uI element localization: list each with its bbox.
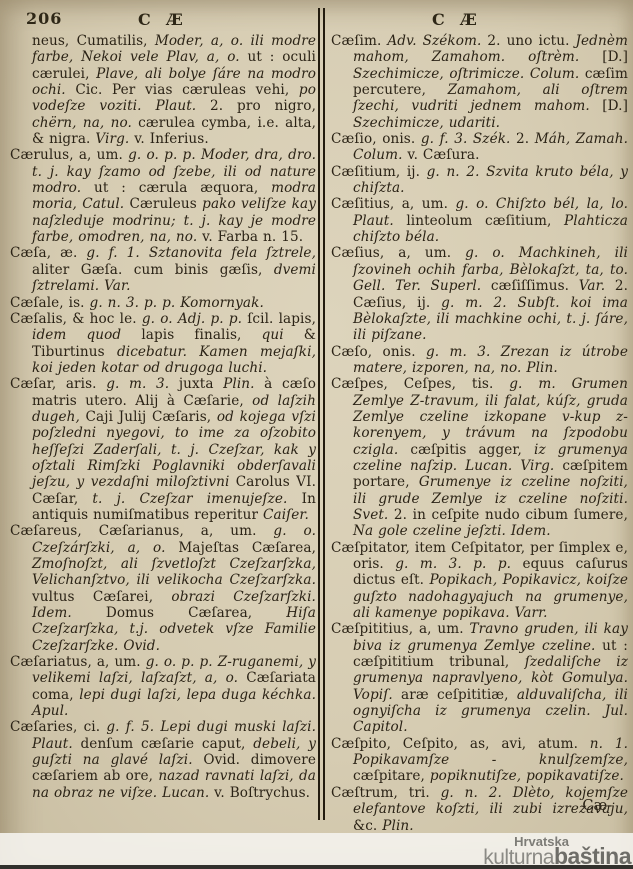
entry-text-roman: Cæſale, is.: [10, 295, 90, 311]
entry-text-roman: Majeſtas Cæſarea,: [166, 540, 316, 556]
text-column-left: neus, Cumatilis, Moder, a, o. ili modre …: [10, 33, 316, 801]
watermark-text-bastina: baština: [554, 843, 631, 866]
entry-text-roman: Caji Julij Cæſaris,: [80, 409, 217, 425]
entry-gloss-italic: popiknutiſze, popikavatiſze.: [430, 768, 624, 784]
entry-gloss-italic: Caiſer.: [263, 507, 309, 523]
dictionary-entry: Cæſariatus, a, um. g. o. p. p. Z-ruganem…: [10, 654, 316, 719]
entry-text-roman: Cæſio, onis.: [331, 131, 421, 147]
dictionary-entry: Cæſareus, Cæſarianus, a, um. g. o. Czeſz…: [10, 523, 316, 654]
entry-text-roman: 2. pro nigro,: [196, 98, 316, 114]
catchword: Cæ-: [582, 798, 612, 814]
entry-text-roman: cæſpitare,: [353, 768, 430, 784]
dictionary-entry: Cærulus, a, um. g. o. p. p. Moder, dra, …: [10, 147, 316, 245]
entry-gloss-italic: Plin.: [223, 376, 254, 392]
dictionary-entry: Cæſpititius, a, um. Travno gruden, ili k…: [331, 621, 628, 735]
entry-text-roman: denſum cæſarie caput,: [73, 736, 254, 752]
entry-gloss-italic: g. o. Adj. p. p.: [142, 311, 242, 327]
entry-text-roman: Cæſitius, a, um.: [331, 196, 455, 212]
entry-text-roman: aræ ceſpititiæ,: [393, 687, 517, 703]
entry-text-roman: 2. uno ictu.: [481, 33, 575, 49]
dictionary-entry: Cæſo, onis. g. m. 3. Zrezan iz útrobe ma…: [331, 344, 628, 377]
entry-gloss-italic: Var.: [579, 278, 605, 294]
entry-text-roman: Domus Cæſarea,: [72, 605, 286, 621]
entry-text-roman: Cæſpes, Ceſpes, tis.: [331, 376, 509, 392]
dictionary-entry: Cæſa, æ. g. f. 1. Sztanovita fela ſztrel…: [10, 245, 316, 294]
entry-gloss-italic: Zmoſnoſzt, ali ſzvetloſzt Czeſzarſzka, V…: [32, 556, 316, 588]
entry-gloss-italic: g. f. 1. Sztanovita fela ſztrele,: [86, 245, 316, 261]
entry-text-roman: Cæſim.: [331, 33, 387, 49]
entry-gloss-italic: Na gole czeline jeſzti. Idem.: [353, 523, 551, 539]
entry-gloss-italic: g. m. 3. p. p.: [395, 556, 511, 572]
entry-gloss-italic: qui: [262, 327, 284, 343]
entry-text-roman: 2. in ceſpite nudo cibum ſumere,: [388, 507, 628, 523]
entry-text-roman: ſcil. lapis,: [242, 311, 316, 327]
entry-gloss-italic: Plin.: [382, 818, 413, 834]
entry-text-roman: Cærulus, a, um.: [10, 147, 128, 163]
entry-gloss-italic: Virg.: [95, 131, 129, 147]
entry-text-roman: Cæſo, onis.: [331, 344, 426, 360]
entry-text-roman: &c.: [353, 818, 382, 834]
watermark-text-kulturnabastina: kulturnabaština: [0, 847, 631, 866]
entry-text-roman: Cæſitium, ij.: [331, 164, 427, 180]
entry-text-roman: v. Inferius.: [129, 131, 208, 147]
dictionary-entry: Cæſitius, a, um. g. o. Chiſzto bél, la, …: [331, 196, 628, 245]
dictionary-entry: Cæſar, aris. g. m. 3. juxta Plin. à cæſo…: [10, 376, 316, 523]
dictionary-entry: Cæſio, onis. g. f. 3. Szék. 2. Máh, Zama…: [331, 131, 628, 164]
entry-gloss-italic: Adv. Székom.: [387, 33, 481, 49]
dictionary-entry: Cæſaries, ci. g. f. 5. Lepi dugi muski l…: [10, 719, 316, 801]
entry-text-roman: v. Cæſura.: [403, 147, 480, 163]
entry-text-roman: juxta: [169, 376, 223, 392]
entry-text-roman: 2.: [510, 131, 534, 147]
entry-gloss-italic: t. j. Czeſzar imenujeſze.: [92, 491, 287, 507]
entry-text-roman: Cæſpititius, a, um.: [331, 621, 470, 637]
entry-text-roman: Cæſpito, Ceſpito, as, avi, atum.: [331, 736, 590, 752]
entry-text-roman: Cæſaries, ci.: [10, 719, 106, 735]
entry-text-roman: vultus Cæſarei,: [32, 589, 171, 605]
entry-text-roman: v. Boſtrychus.: [209, 785, 310, 801]
entry-text-roman: Cæſtrum, tri.: [331, 785, 441, 801]
dictionary-entry: Cæſalis, & hoc le. g. o. Adj. p. p. ſcil…: [10, 311, 316, 376]
entry-gloss-italic: Szechimicze, udariti.: [353, 115, 500, 131]
running-header-left: C Æ: [138, 10, 188, 29]
entry-text-roman: v. Farba n. 15.: [197, 229, 303, 245]
text-column-right: Cæſim. Adv. Székom. 2. uno ictu. Jednèm …: [331, 33, 628, 834]
watermark-text-kulturna: kulturna: [483, 846, 554, 866]
entry-text-roman: Cæruleus: [124, 196, 202, 212]
column-divider-rule: [318, 8, 325, 820]
entry-text-roman: Cæſalis, & hoc le.: [10, 311, 142, 327]
dictionary-entry: Cæſale, is. g. n. 3. p. p. Komornyak.: [10, 295, 316, 311]
entry-text-roman: linteolum cæſitium,: [394, 213, 564, 229]
dictionary-entry: Cæſim. Adv. Székom. 2. uno ictu. Jednèm …: [331, 33, 628, 131]
entry-text-roman: Cæſariatus, a, um.: [10, 654, 146, 670]
entry-text-roman: [D.]: [590, 98, 628, 114]
entry-gloss-italic: g. m. 3.: [106, 376, 169, 392]
dictionary-entry: Cæſpes, Ceſpes, tis. g. m. Grumen Zemlye…: [331, 376, 628, 539]
entry-gloss-italic: chërn, na, no.: [32, 115, 132, 131]
entry-text-roman: Cæſius, a, um.: [331, 245, 465, 261]
dictionary-entry: Cæſpitator, item Ceſpitator, per ſimplex…: [331, 540, 628, 622]
running-header-right: C Æ: [432, 10, 482, 29]
entry-gloss-italic: idem quod: [32, 327, 121, 343]
entry-text-roman: [D.]: [579, 49, 628, 65]
scanned-dictionary-page: 206 C Æ C Æ neus, Cumatilis, Moder, a, o…: [0, 0, 633, 869]
entry-gloss-italic: Szechimicze, oſtrimicze. Colum.: [353, 66, 579, 82]
entry-text-roman: Cic. Per vias cæruleas vehi,: [66, 82, 299, 98]
entry-text-roman: aliter Gæſa. cum binis gæſis,: [32, 262, 274, 278]
entry-text-roman: cæſpitis agger,: [398, 442, 534, 458]
watermark-band: Hrvatska kulturnabaština: [0, 833, 633, 866]
entry-text-roman: lapis finalis,: [121, 327, 261, 343]
scan-edge-strip: [0, 865, 633, 869]
entry-gloss-italic: g. n. 3. p. p. Komornyak.: [90, 295, 264, 311]
dictionary-entry: Cæſius, a, um. g. o. Machkineh, ili ſzov…: [331, 245, 628, 343]
dictionary-entry: Cæſpito, Ceſpito, as, avi, atum. n. 1. P…: [331, 736, 628, 785]
dictionary-entry: Cæſitium, ij. g. n. 2. Szvita kruto béla…: [331, 164, 628, 197]
entry-text-roman: ut : cærula æquora,: [81, 180, 271, 196]
entry-text-roman: Cæſa, æ.: [10, 245, 86, 261]
entry-text-roman: Cæſareus, Cæſarianus, a, um.: [10, 523, 273, 539]
entry-text-roman: Cæſar, aris.: [10, 376, 106, 392]
entry-gloss-italic: g. f. 3. Szék.: [421, 131, 511, 147]
dictionary-entry: neus, Cumatilis, Moder, a, o. ili modre …: [10, 33, 316, 147]
entry-text-roman: neus, Cumatilis,: [32, 33, 155, 49]
entry-text-roman: cæſiſſimus.: [481, 278, 579, 294]
page-number: 206: [26, 9, 62, 28]
